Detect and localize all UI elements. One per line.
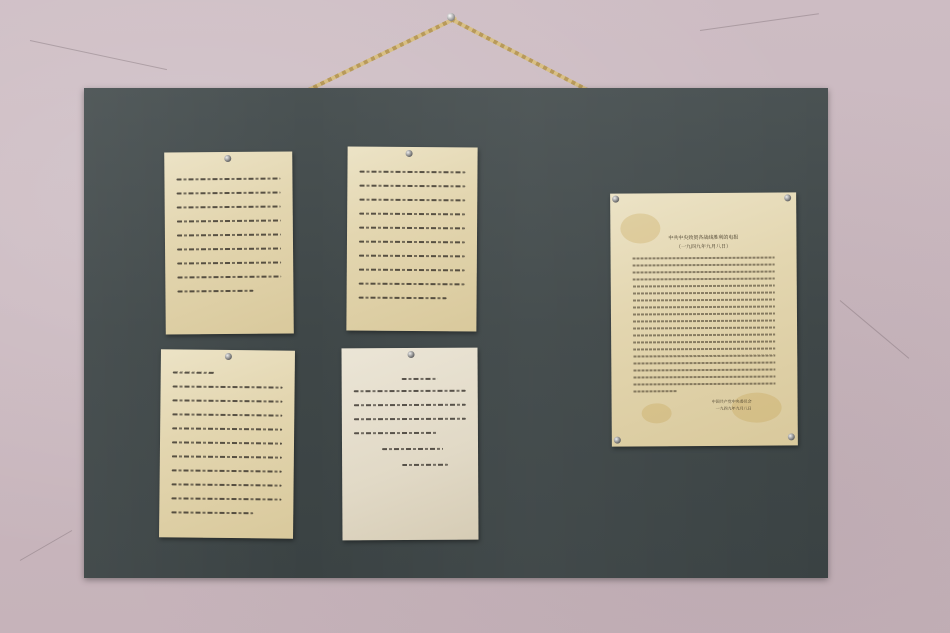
handwritten-document-top-middle: [346, 147, 477, 332]
wall-crack: [20, 530, 72, 561]
document-subtitle: （一九四九年九月八日）: [610, 242, 796, 250]
document-title: 中共中央致贺各战线胜利的电报: [610, 233, 796, 241]
wall-crack: [30, 40, 167, 70]
pin-icon: [406, 150, 413, 157]
pin-icon: [224, 155, 231, 162]
telegram-signature: 中国共产党中央委员会: [382, 442, 442, 451]
pin-icon: [408, 351, 415, 358]
printed-document-right: 中共中央致贺各战线胜利的电报 （一九四九年九月八日） 中国共产党中央委员会 一九…: [610, 192, 798, 446]
pin-icon: [612, 196, 619, 203]
wall-nail: [447, 13, 455, 21]
pin-icon: [614, 437, 621, 444]
pin-icon: [784, 194, 791, 201]
document-date: 一九四九年九月八日: [716, 405, 798, 412]
handwritten-document-top-left: [164, 151, 294, 334]
telegram-date: 一九四九年九月八日: [402, 458, 456, 467]
wall-crack: [840, 300, 910, 359]
pin-icon: [788, 433, 795, 440]
pin-icon: [225, 353, 232, 360]
handwritten-document-bottom-left: [159, 349, 295, 538]
document-signature: 中国共产党中央委员会: [712, 398, 798, 405]
wall-crack: [700, 13, 819, 31]
handwritten-document-bottom-middle: 中国共产党中央委员会 一九四九年九月八日: [341, 348, 478, 541]
